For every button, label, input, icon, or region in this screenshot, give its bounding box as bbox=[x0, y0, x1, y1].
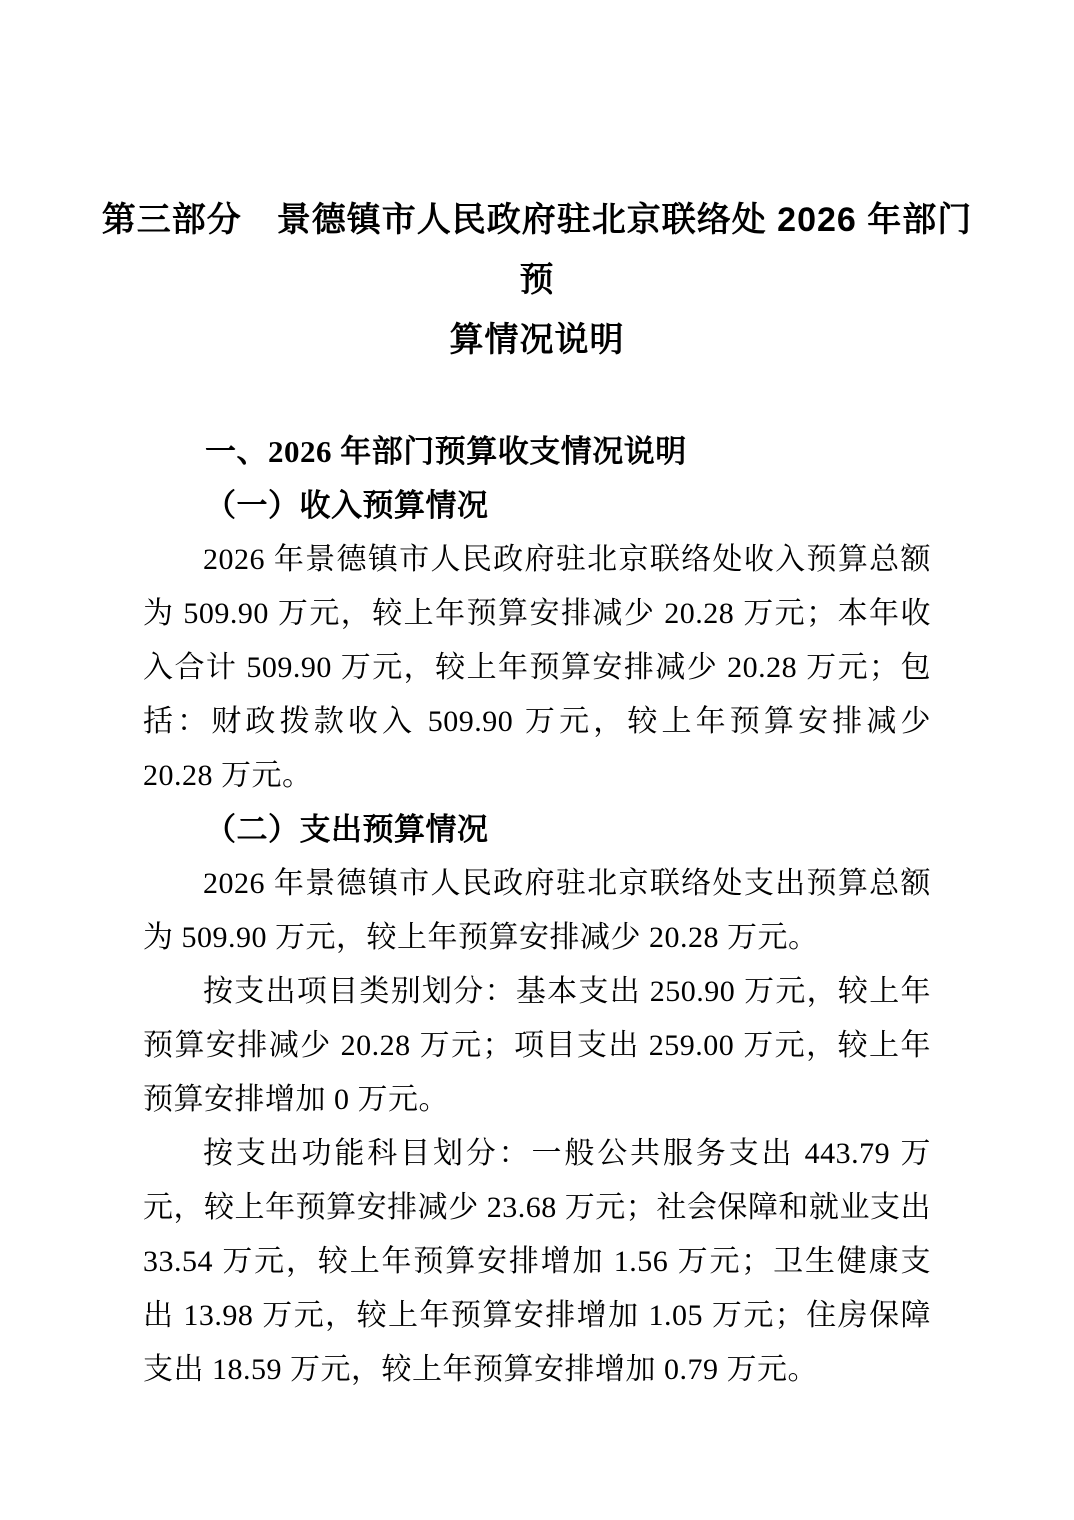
document-title-line1: 第三部分 景德镇市人民政府驻北京联络处 2026 年部门预 bbox=[100, 190, 974, 310]
expense-by-function-paragraph: 按支出功能科目划分：一般公共服务支出 443.79 万元，较上年预算安排减少 2… bbox=[143, 1127, 931, 1397]
expense-budget-heading: （二）支出预算情况 bbox=[143, 803, 931, 857]
document-page: 第三部分 景德镇市人民政府驻北京联络处 2026 年部门预 算情况说明 一、20… bbox=[0, 0, 1074, 1520]
document-title-line2: 算情况说明 bbox=[100, 310, 974, 370]
income-budget-heading: （一）收入预算情况 bbox=[143, 479, 931, 533]
expense-total-paragraph: 2026 年景德镇市人民政府驻北京联络处支出预算总额为 509.90 万元，较上… bbox=[143, 857, 931, 965]
section-heading-budget-overview: 一、2026 年部门预算收支情况说明 bbox=[143, 425, 931, 479]
income-budget-paragraph: 2026 年景德镇市人民政府驻北京联络处收入预算总额为 509.90 万元，较上… bbox=[143, 533, 931, 803]
document-title: 第三部分 景德镇市人民政府驻北京联络处 2026 年部门预 算情况说明 bbox=[100, 0, 974, 370]
expense-by-type-paragraph: 按支出项目类别划分：基本支出 250.90 万元，较上年预算安排减少 20.28… bbox=[143, 965, 931, 1127]
document-body: 一、2026 年部门预算收支情况说明 （一）收入预算情况 2026 年景德镇市人… bbox=[143, 425, 931, 1397]
